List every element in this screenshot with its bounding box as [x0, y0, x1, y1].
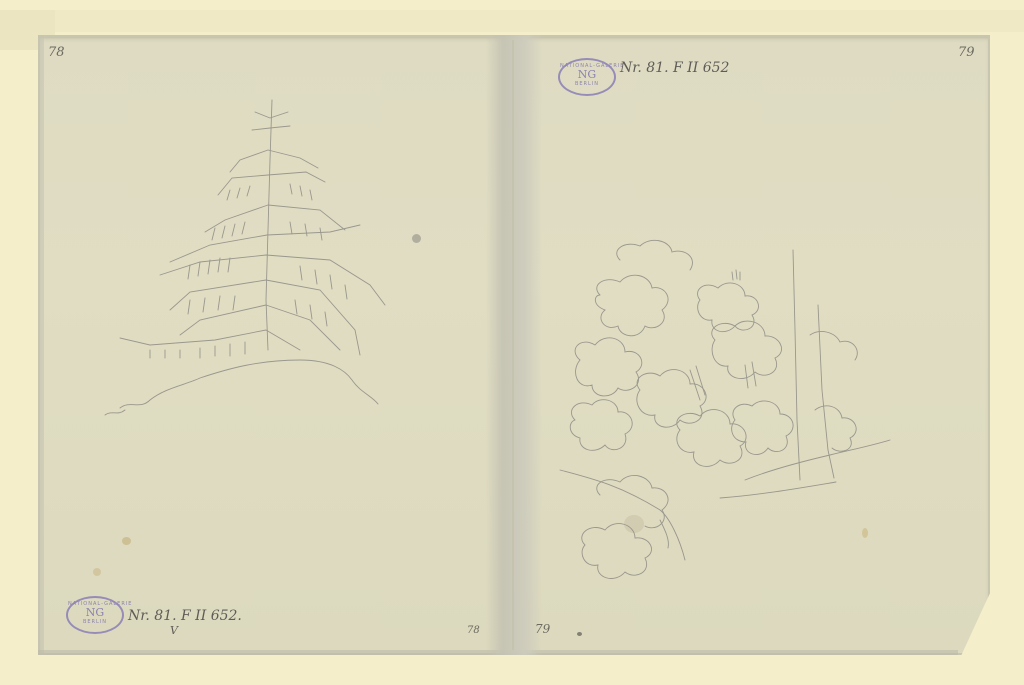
deciduous-trees-drawing	[560, 240, 890, 578]
fir-tree-drawing	[105, 100, 385, 415]
pencil-drawings	[0, 0, 1024, 685]
